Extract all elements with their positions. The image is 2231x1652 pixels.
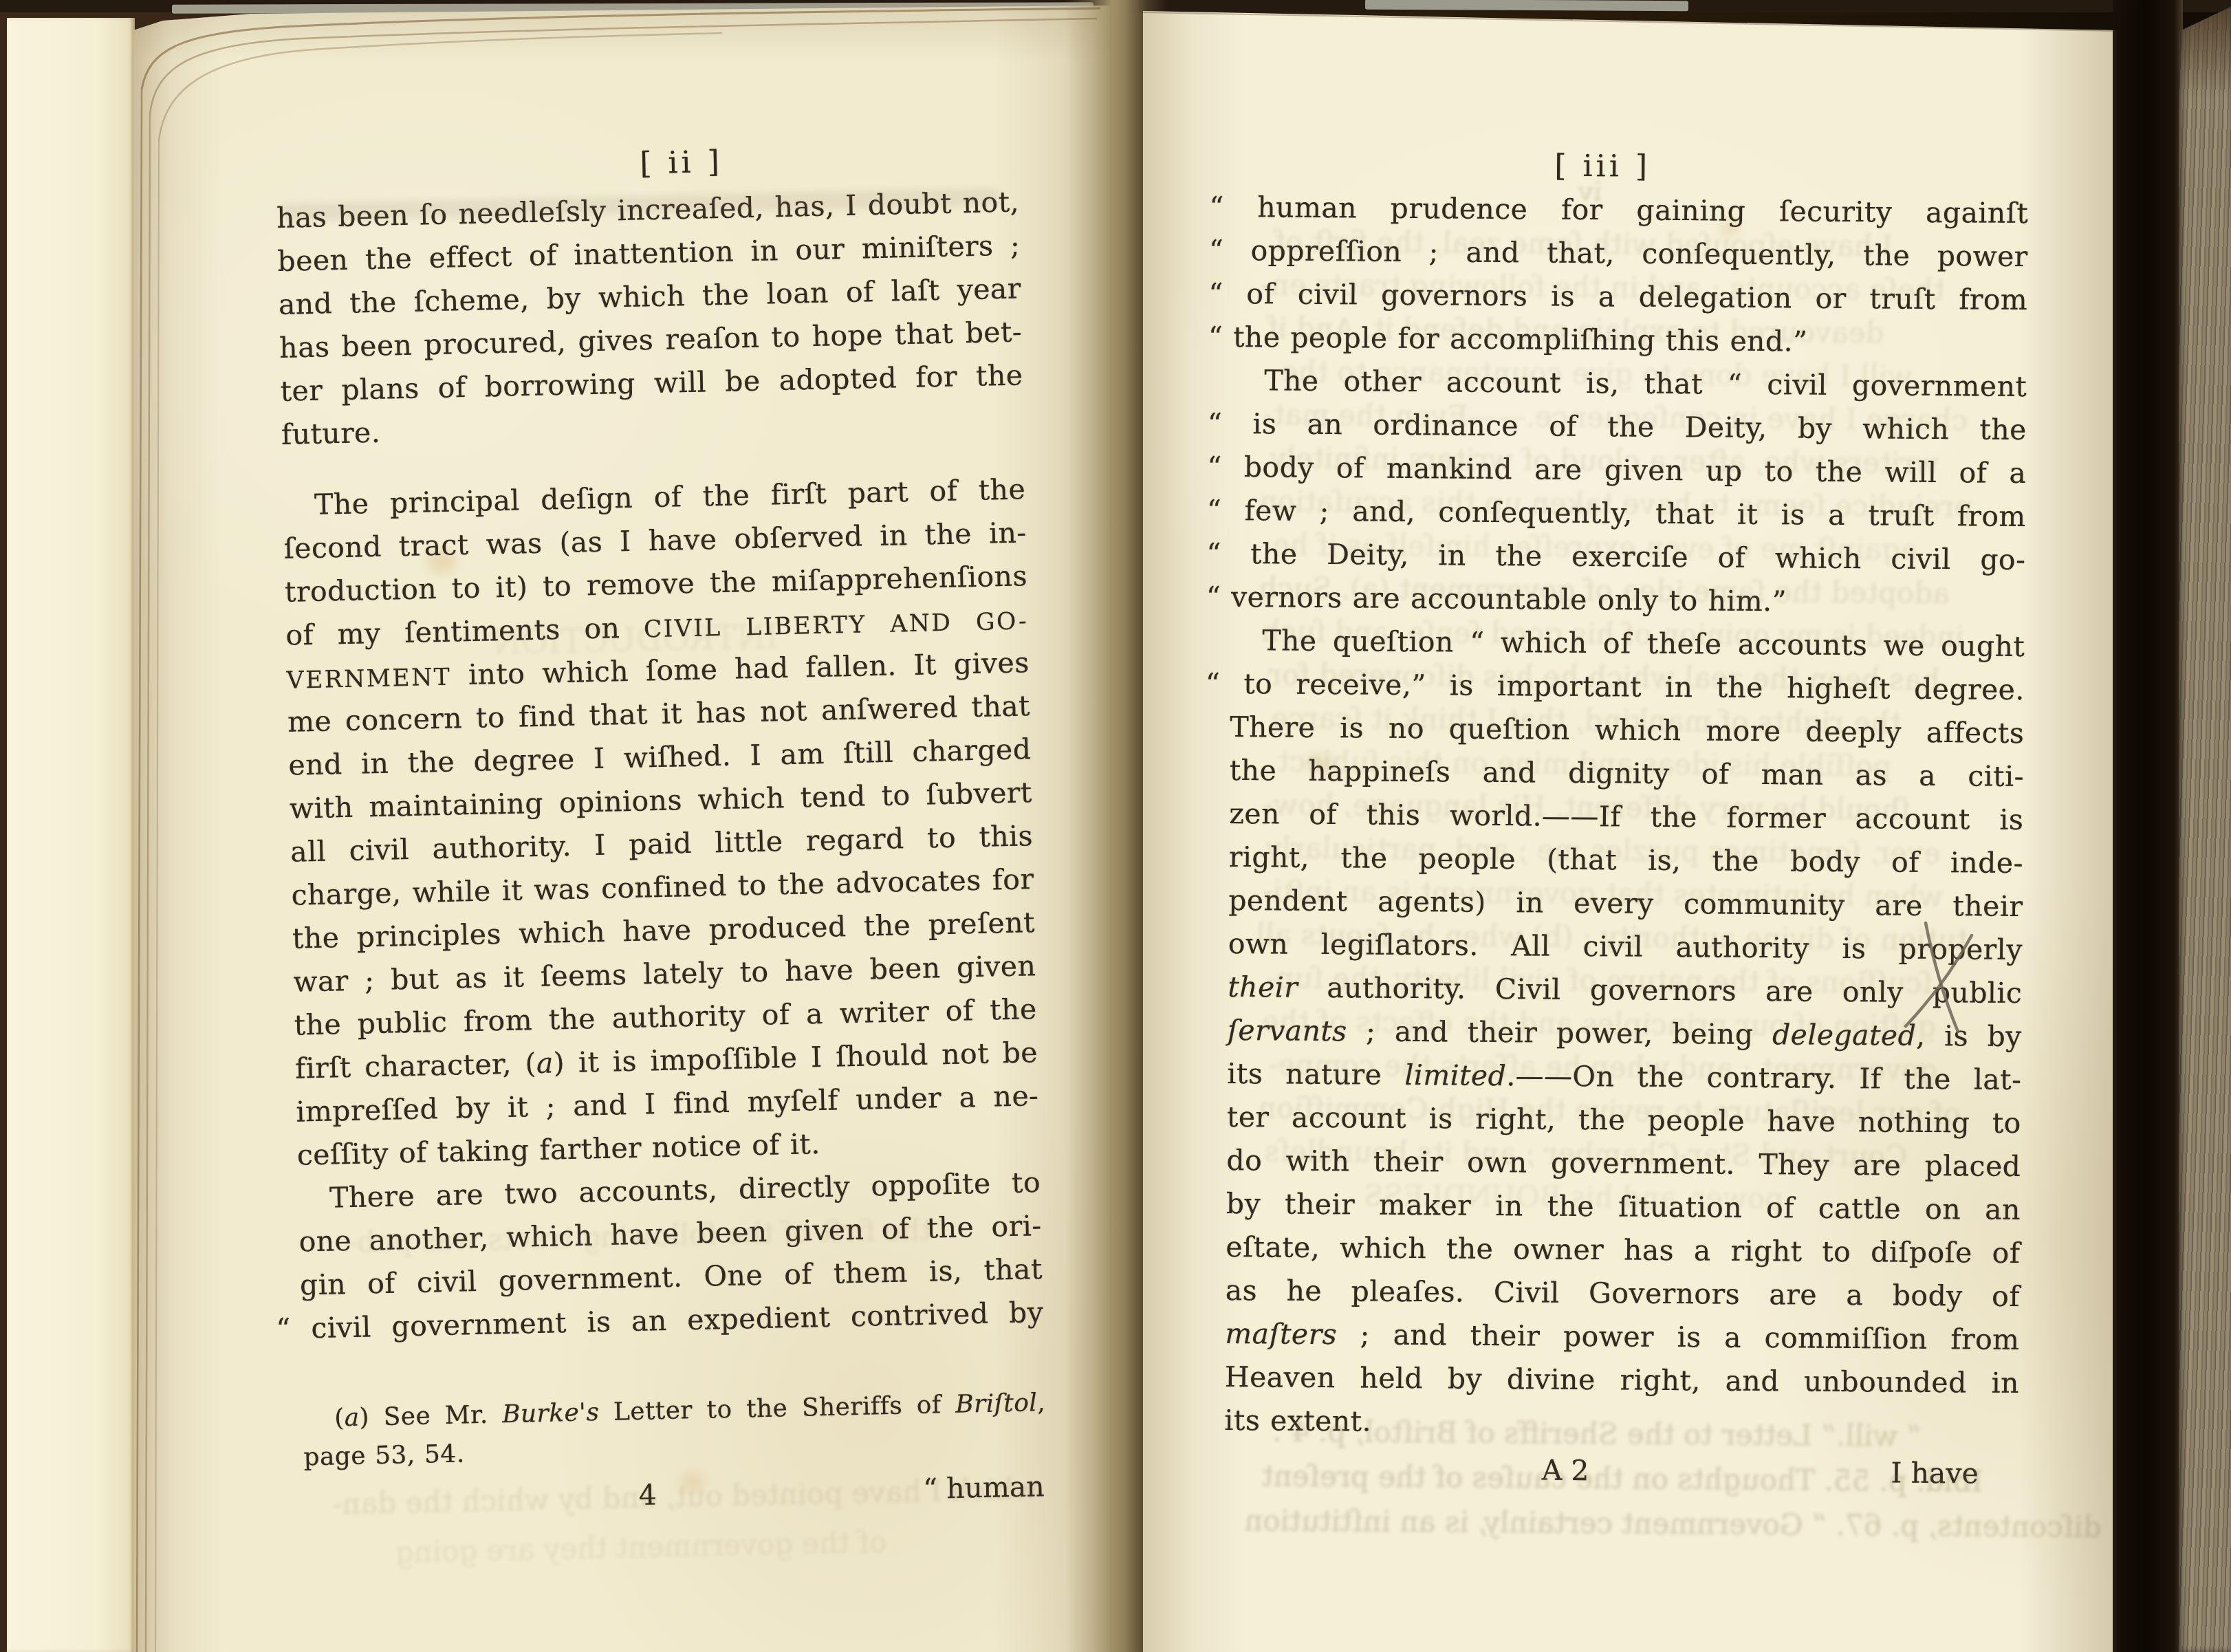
book-scan: [ ii ] has been ſo needleſsly increaſed,…	[0, 0, 2231, 1652]
text-line: by their maker in the ſituation of cattl…	[1226, 1182, 2021, 1232]
text-line: The other account is, that “ civil gover…	[1232, 359, 2027, 409]
text-line: “ human prudence for gaining ſecurity ag…	[1234, 186, 2028, 235]
catchword: “ human	[922, 1465, 1045, 1511]
catchword: I have	[1891, 1452, 1979, 1496]
text-line: do with their own government. They are p…	[1226, 1139, 2021, 1188]
text-line: “ few ; and, conſequently, that it is a …	[1232, 489, 2026, 539]
text-line: its nature limited.——On the contrary. If…	[1227, 1052, 2021, 1102]
text-line: right, the people (that is, the body of …	[1229, 836, 2023, 885]
text-line: There is no queſtion which more deeply a…	[1230, 706, 2024, 755]
text-line: “ the Deity, in the exerciſe of which ci…	[1231, 532, 2025, 582]
text-line: The queſtion “ which of theſe accounts w…	[1230, 619, 2025, 669]
text-line: ſervants ; and their power, being delega…	[1228, 1009, 2022, 1058]
text-line: “ oppreſſion ; and that, conſequently, t…	[1234, 229, 2028, 279]
right-signature-row: A 2 I have	[1224, 1446, 2018, 1496]
right-page-body: “ human prudence for gaining ſecurity ag…	[1224, 186, 2028, 1448]
text-line: as he pleaſes. Civil Governors are a bod…	[1226, 1269, 2020, 1318]
text-line: zen of this world.——If the former accoun…	[1229, 792, 2023, 842]
text-line: ter account is right, the people have no…	[1227, 1096, 2021, 1145]
text-line: “ body of mankind are given up to the wi…	[1232, 446, 2026, 495]
page-block-shadow	[2113, 0, 2183, 1652]
left-page-text: [ ii ] has been ſo needleſsly increaſed,…	[275, 133, 1047, 1524]
signature-mark: A 2	[1542, 1449, 1589, 1493]
text-line: Heaven held by divine right, and unbound…	[1225, 1356, 2019, 1405]
text-line: their authority. Civil governors are onl…	[1228, 966, 2022, 1015]
text-line: eſtate, which the owner has a right to d…	[1226, 1226, 2020, 1275]
text-line: “ vernors are accountable only to him.”	[1231, 576, 2025, 625]
text-line: maſters ; and their power is a commiſſio…	[1225, 1312, 2019, 1362]
text-line: pendent agents) in every community are t…	[1228, 879, 2023, 928]
right-page-number: [ iii ]	[1206, 142, 2000, 191]
signature-mark: 4	[638, 1473, 657, 1517]
left-page-body: has been ſo needleſsly increaſed, has, I…	[276, 180, 1043, 1350]
text-line: the happineſs and dignity of man as a ci…	[1230, 749, 2024, 798]
text-line: its extent.	[1224, 1399, 2018, 1448]
text-line: “ the people for accompliſhing this end.…	[1233, 316, 2027, 365]
text-line: “ is an ordinance of the Deity, by which…	[1232, 402, 2027, 452]
right-page-text: [ iii ] “ human prudence for gaining ſec…	[1224, 142, 2029, 1496]
fore-edge-page-stack	[2179, 0, 2231, 1652]
book-top-edge-sliver	[1365, 0, 1688, 11]
left-page-footnote: (a) See Mr. Burke's Letter to the Sherif…	[303, 1384, 1047, 1477]
flyleaf-page	[7, 18, 135, 1652]
text-line: “ to receive,” is important in the highe…	[1230, 662, 2025, 712]
text-line: own legiſlators. All civil authority is …	[1228, 922, 2023, 972]
text-line: “ of civil governors is a delegation or …	[1233, 272, 2027, 322]
